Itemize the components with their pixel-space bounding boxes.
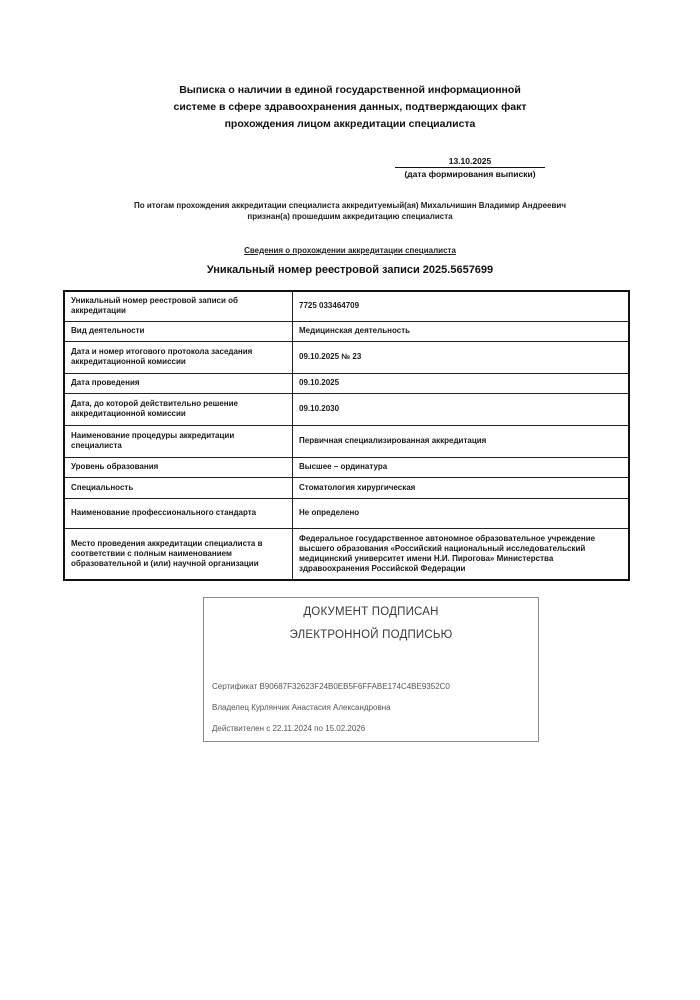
row-value: 09.10.2025 № 23: [293, 341, 630, 373]
intro-line: признан(а) прошедшим аккредитацию специа…: [70, 211, 630, 222]
table-row: Дата, до которой действительно решение а…: [64, 393, 629, 425]
row-label: Уровень образования: [64, 457, 293, 477]
row-label: Вид деятельности: [64, 321, 293, 341]
electronic-signature-stamp: ДОКУМЕНТ ПОДПИСАН ЭЛЕКТРОННОЙ ПОДПИСЬЮ С…: [203, 597, 539, 742]
table-row: Вид деятельности Медицинская деятельност…: [64, 321, 629, 341]
row-value: Стоматология хирургическая: [293, 477, 630, 498]
intro-line: По итогам прохождения аккредитации специ…: [70, 200, 630, 211]
row-value: Высшее – ординатура: [293, 457, 630, 477]
row-value: 09.10.2030: [293, 393, 630, 425]
stamp-heading-electronic: ЭЛЕКТРОННОЙ ПОДПИСЬЮ: [204, 629, 538, 641]
title-line: прохождения лицом аккредитации специалис…: [120, 116, 580, 133]
row-value: Не определено: [293, 498, 630, 528]
row-label: Наименование процедуры аккредитации спец…: [64, 425, 293, 457]
stamp-validity: Действителен с 22.11.2024 по 15.02.2026: [212, 724, 532, 733]
issue-date: 13.10.2025: [395, 156, 545, 168]
issue-date-caption: (дата формирования выписки): [395, 168, 545, 179]
table-row: Дата и номер итогового протокола заседан…: [64, 341, 629, 373]
section-title: Сведения о прохождении аккредитации спец…: [150, 246, 550, 255]
title-line: Выписка о наличии в единой государственн…: [120, 82, 580, 99]
table-row: Наименование процедуры аккредитации спец…: [64, 425, 629, 457]
stamp-certificate: Сертификат B90687F32623F24B0EB5F6FFABE17…: [212, 682, 532, 691]
row-label: Место проведения аккредитации специалист…: [64, 528, 293, 580]
table-row: Уникальный номер реестровой записи об ак…: [64, 291, 629, 321]
row-value: Медицинская деятельность: [293, 321, 630, 341]
table-row: Уровень образования Высшее – ординатура: [64, 457, 629, 477]
row-label: Специальность: [64, 477, 293, 498]
stamp-owner: Владелец Курлянчик Анастасия Александров…: [212, 703, 532, 712]
table-row: Дата проведения 09.10.2025: [64, 373, 629, 393]
table-row: Место проведения аккредитации специалист…: [64, 528, 629, 580]
row-value: Первичная специализированная аккредитаци…: [293, 425, 630, 457]
document-title: Выписка о наличии в единой государственн…: [120, 82, 580, 133]
accreditation-info-table: Уникальный номер реестровой записи об ак…: [63, 290, 630, 581]
row-label: Уникальный номер реестровой записи об ак…: [64, 291, 293, 321]
row-value: Федеральное государственное автономное о…: [293, 528, 630, 580]
row-value: 09.10.2025: [293, 373, 630, 393]
row-label: Дата, до которой действительно решение а…: [64, 393, 293, 425]
issue-date-block: 13.10.2025 (дата формирования выписки): [395, 156, 545, 179]
table-row: Наименование профессионального стандарта…: [64, 498, 629, 528]
row-value: 7725 033464709: [293, 291, 630, 321]
row-label: Дата и номер итогового протокола заседан…: [64, 341, 293, 373]
stamp-heading-signed: ДОКУМЕНТ ПОДПИСАН: [204, 606, 538, 618]
table-row: Специальность Стоматология хирургическая: [64, 477, 629, 498]
row-label: Дата проведения: [64, 373, 293, 393]
intro-paragraph: По итогам прохождения аккредитации специ…: [70, 200, 630, 222]
record-number-title: Уникальный номер реестровой записи 2025.…: [150, 264, 550, 276]
row-label: Наименование профессионального стандарта: [64, 498, 293, 528]
title-line: системе в сфере здравоохранения данных, …: [120, 99, 580, 116]
